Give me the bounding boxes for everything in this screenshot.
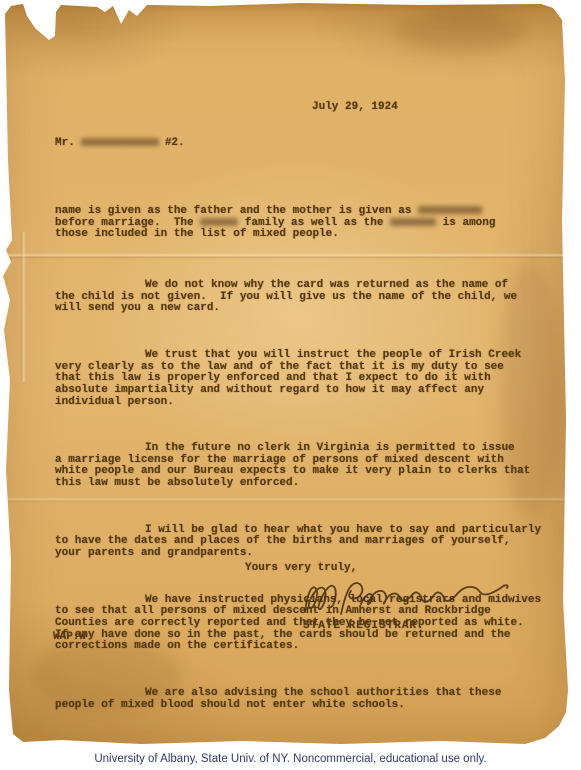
- handwritten-signature-scrawl: [299, 576, 517, 622]
- typist-initials: WAP:W: [53, 632, 86, 644]
- fold-crease-vertical: [21, 232, 26, 382]
- letter-body: name is given as the father and the moth…: [55, 183, 567, 746]
- redacted-name: [390, 218, 436, 226]
- registrar-title: STATE REGISTRAR.: [303, 621, 425, 633]
- letter-date: July 29, 1924: [312, 102, 398, 114]
- paragraph-7: We are also advising the school authorit…: [55, 688, 567, 711]
- paragraph-1-text: family as well as the: [238, 217, 390, 229]
- closing-salutation: Yours very truly,: [245, 563, 357, 575]
- redacted-name: [418, 206, 482, 214]
- credit-footer: University of Albany, State Univ. of NY.…: [0, 748, 581, 770]
- letter-scan-paper: July 29, 1924 Mr.#2. name is given as th…: [1, 0, 573, 748]
- redacted-addressee-name: [81, 138, 159, 146]
- addressee-line: Mr.#2.: [55, 138, 185, 150]
- paragraph-1-text: name is given as the father and the moth…: [55, 205, 418, 217]
- paragraph-2: We do not know why the card was returned…: [55, 280, 567, 315]
- paper-stain: [396, 12, 526, 52]
- paragraph-1-text: before marriage. The: [55, 217, 200, 229]
- addressee-suffix: #2.: [165, 137, 185, 149]
- credit-text: University of Albany, State Univ. of NY.…: [94, 753, 486, 765]
- addressee-prefix: Mr.: [55, 137, 75, 149]
- paragraph-1: name is given as the father and the moth…: [55, 206, 567, 241]
- redacted-name: [200, 218, 238, 226]
- paragraph-5: I will be glad to hear what you have to …: [55, 525, 567, 560]
- paragraph-3: We trust that you will instruct the peop…: [55, 350, 567, 408]
- paragraph-4: In the future no clerk in Virginia is pe…: [55, 443, 567, 489]
